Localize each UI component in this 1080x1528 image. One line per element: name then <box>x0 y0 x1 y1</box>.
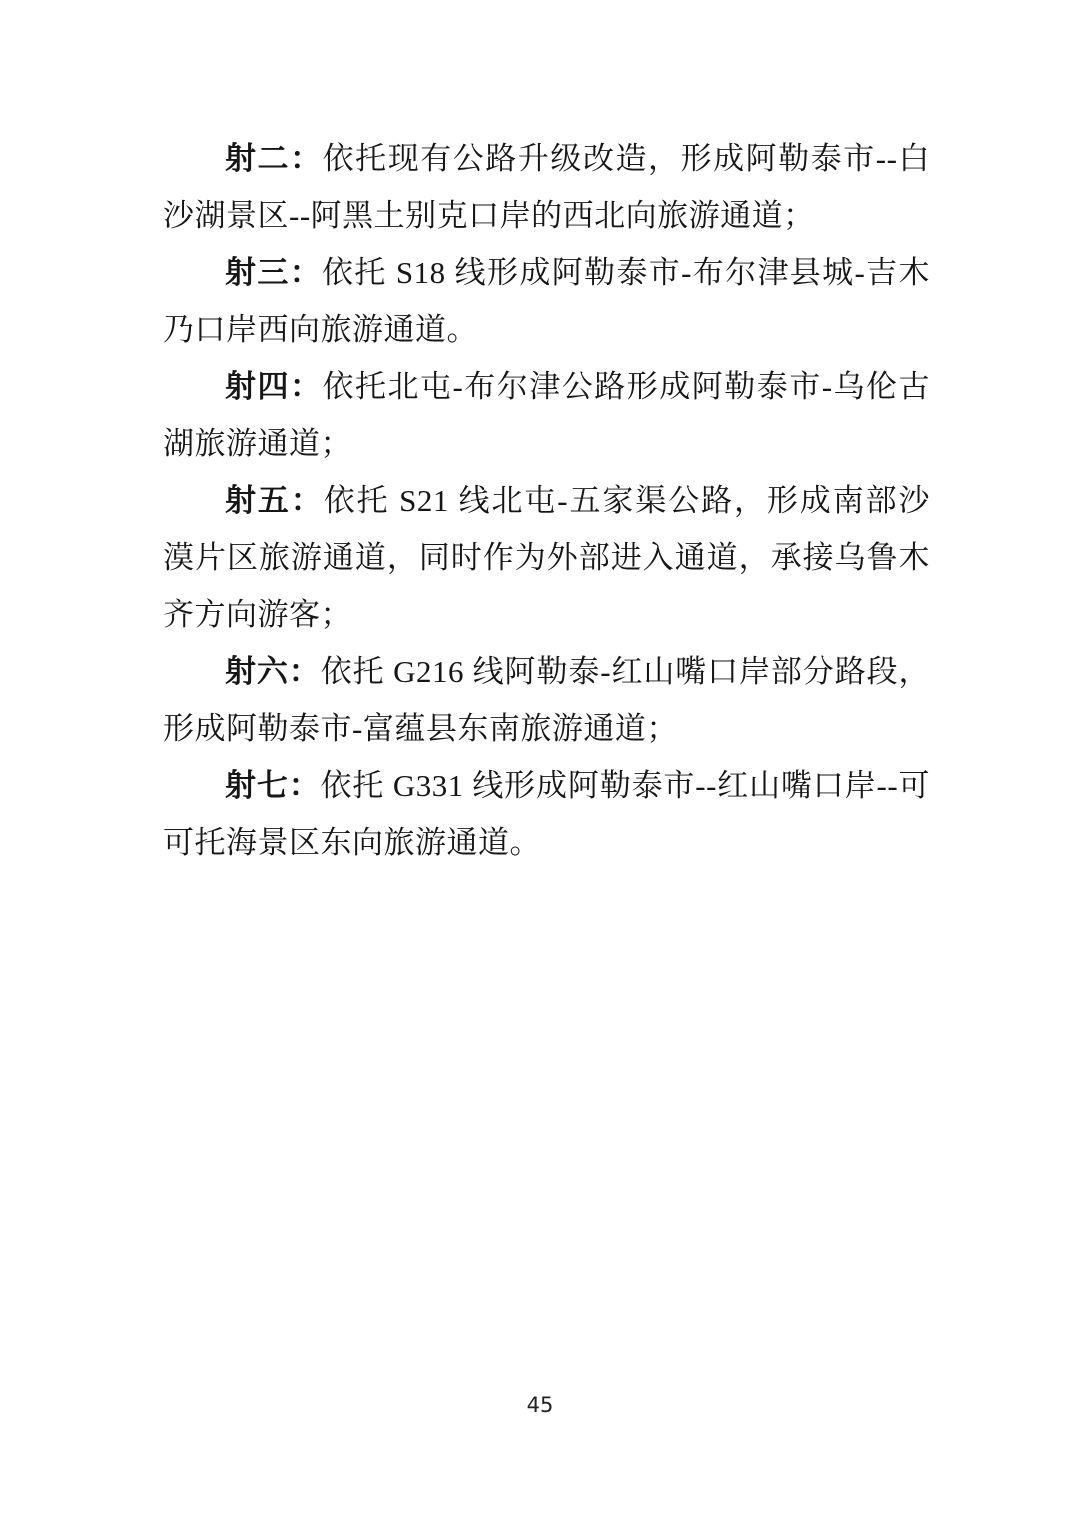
paragraph-label: 射五： <box>225 483 324 518</box>
paragraph-label: 射七： <box>225 768 321 803</box>
paragraph-label: 射三： <box>225 255 322 290</box>
paragraph-ray-5: 射五：依托 S21 线北屯-五家渠公路，形成南部沙漠片区旅游通道，同时作为外部进… <box>163 472 930 643</box>
document-page: 射二：依托现有公路升级改造，形成阿勒泰市--白沙湖景区--阿黑土别克口岸的西北向… <box>0 0 1080 1528</box>
paragraph-ray-6: 射六：依托 G216 线阿勒泰-红山嘴口岸部分路段，形成阿勒泰市-富蕴县东南旅游… <box>163 643 930 757</box>
paragraph-label: 射四： <box>225 369 322 404</box>
document-body: 射二：依托现有公路升级改造，形成阿勒泰市--白沙湖景区--阿黑土别克口岸的西北向… <box>163 130 930 871</box>
paragraph-ray-3: 射三：依托 S18 线形成阿勒泰市-布尔津县城-吉木乃口岸西向旅游通道。 <box>163 244 930 358</box>
paragraph-label: 射六： <box>225 654 321 689</box>
page-number: 45 <box>0 1393 1080 1417</box>
paragraph-label: 射二： <box>225 141 323 176</box>
paragraph-ray-2: 射二：依托现有公路升级改造，形成阿勒泰市--白沙湖景区--阿黑土别克口岸的西北向… <box>163 130 930 244</box>
paragraph-ray-4: 射四：依托北屯-布尔津公路形成阿勒泰市-乌伦古湖旅游通道； <box>163 358 930 472</box>
paragraph-ray-7: 射七：依托 G331 线形成阿勒泰市--红山嘴口岸--可可托海景区东向旅游通道。 <box>163 757 930 871</box>
